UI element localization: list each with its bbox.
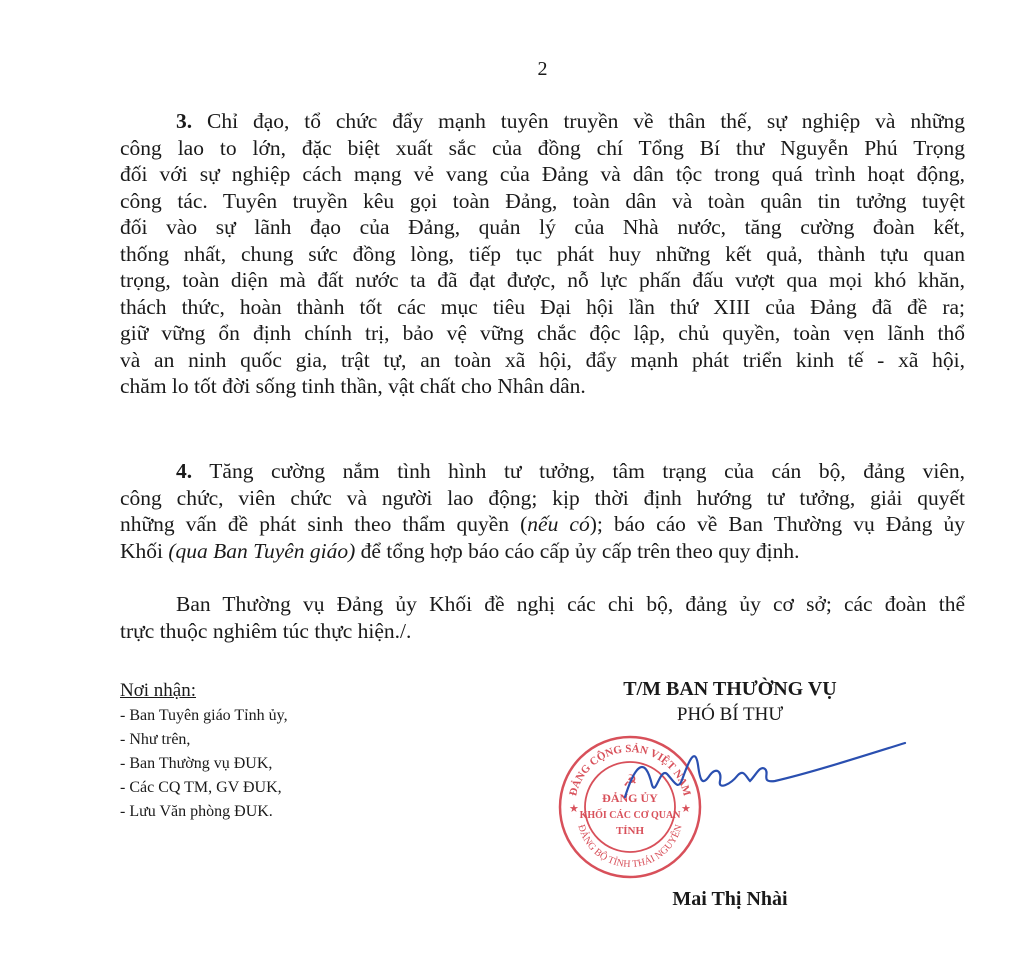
section-3-paragraph: 3. Chỉ đạo, tổ chức đẩy mạnh tuyên truyề… (120, 108, 965, 400)
recipients-title: Nơi nhận: (120, 678, 288, 704)
section-4-paragraph: 4. Tăng cường nắm tình hình tư tưởng, tâ… (120, 458, 965, 564)
recipient-item: - Ban Tuyên giáo Tỉnh ủy, (120, 704, 288, 728)
section-4-line: những vấn đề phát sinh theo thẩm quyền (… (120, 511, 965, 538)
signature-block: T/M BAN THƯỜNG VỤ PHÓ BÍ THƯ Mai Thị Nhà… (560, 676, 900, 728)
section-4-line: Khối (qua Ban Tuyên giáo) để tổng hợp bá… (120, 538, 965, 565)
section-3-line: trọng, toàn diện mà đất nước ta đã đạt đ… (120, 267, 965, 294)
closing-line: trực thuộc nghiêm túc thực hiện./. (120, 618, 965, 645)
section-4-number: 4. (176, 459, 192, 483)
section-3-line: thống nhất, chung sức đồng lòng, tiếp tụ… (120, 241, 965, 268)
recipient-item: - Lưu Văn phòng ĐUK. (120, 800, 288, 824)
closing-line: Ban Thường vụ Đảng ủy Khối đề nghị các c… (120, 591, 965, 618)
recipient-item: - Như trên, (120, 728, 288, 752)
closing-paragraph: Ban Thường vụ Đảng ủy Khối đề nghị các c… (120, 591, 965, 644)
recipients-block: Nơi nhận: - Ban Tuyên giáo Tỉnh ủy, - Nh… (120, 678, 288, 824)
handwritten-signature-icon (620, 735, 910, 815)
section-3-line: công tác. Tuyên truyền kêu gọi toàn Đảng… (120, 188, 965, 215)
section-3-line: đối vào sự lãnh đạo của Đảng, quản lý củ… (120, 214, 965, 241)
svg-text:★: ★ (569, 803, 579, 815)
section-3-line: đối với sự nghiệp cách mạng vẻ vang của … (120, 161, 965, 188)
page-number: 2 (0, 58, 1030, 81)
recipient-item: - Các CQ TM, GV ĐUK, (120, 776, 288, 800)
section-4-line: công chức, viên chức và người lao động; … (120, 485, 965, 512)
signer-position: PHÓ BÍ THƯ (560, 702, 900, 728)
section-3-line: công lao to lớn, đặc biệt xuất sắc của đ… (120, 135, 965, 162)
recipient-item: - Ban Thường vụ ĐUK, (120, 752, 288, 776)
section-3-line: và an ninh quốc gia, trật tự, an toàn xã… (120, 347, 965, 374)
section-3-line: chăm lo tốt đời sống tinh thần, vật chất… (120, 373, 965, 400)
section-3-line: giữ vững ổn định chính trị, bảo vệ vững … (120, 320, 965, 347)
section-3-number: 3. (176, 109, 192, 133)
section-4-line: 4. Tăng cường nắm tình hình tư tưởng, tâ… (120, 458, 965, 485)
section-3-line: thách thức, hoàn thành tốt các mục tiêu … (120, 294, 965, 321)
section-3-line: 3. Chỉ đạo, tổ chức đẩy mạnh tuyên truyề… (120, 108, 965, 135)
svg-text:TỈNH: TỈNH (616, 825, 645, 837)
signer-name: Mai Thị Nhài (560, 888, 900, 911)
signer-organization: T/M BAN THƯỜNG VỤ (560, 676, 900, 702)
